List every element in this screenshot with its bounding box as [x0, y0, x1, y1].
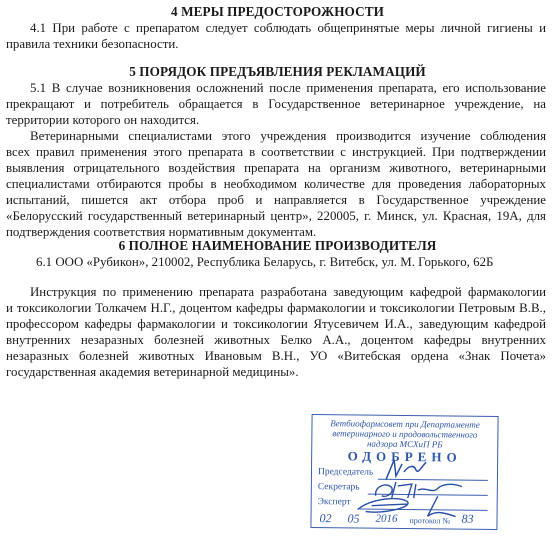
section-4-title: 4 МЕРЫ ПРЕДОСТОРОЖНОСТИ [0, 4, 555, 20]
section-6-title: 6 ПОЛНОЕ НАИМЕНОВАНИЕ ПРОИЗВОДИТЕЛЯ [0, 238, 555, 254]
document-page: 4 МЕРЫ ПРЕДОСТОРОЖНОСТИ 4.1 При работе с… [0, 0, 555, 543]
stamp-date-day: 02 [319, 511, 331, 526]
authors-text-line: внутренних незаразных болезней животных … [6, 332, 546, 348]
approval-stamp: Ветбиофармсовет при Департаменте ветерин… [310, 414, 498, 530]
section-5-text-line: всех правил применения этого препарата в… [6, 144, 546, 160]
section-5-text-line: прекращают и потребитель обращается в Го… [6, 96, 546, 112]
authors-text-line: профессором кафедры фармакологии и токси… [6, 316, 546, 332]
section-5-text-line: испытаний, пишется акт отбора проб и нап… [6, 192, 546, 208]
section-5-text-line: Ветеринарными специалистами этого учрежд… [30, 128, 546, 144]
expert-signature-icon [352, 491, 482, 520]
section-5-text-line: территории которого он находится. [6, 112, 546, 128]
section-5-text-line: «Белорусский государственный ветеринарны… [6, 208, 546, 224]
section-4-text-line: 4.1 При работе с препаратом следует собл… [30, 20, 546, 36]
section-5-text-line: специалистами отбираются пробы в необход… [6, 176, 546, 192]
stamp-chairman-label: Председатель [318, 467, 373, 478]
section-5-text-line: выявления отрицательного воздействия пре… [6, 160, 546, 176]
section-5-title: 5 ПОРЯДОК ПРЕДЪЯВЛЕНИЯ РЕКЛАМАЦИЙ [0, 64, 555, 80]
stamp-expert-label: Эксперт [318, 497, 351, 507]
section-5-text-line: 5.1 В случае возникновения осложнений по… [30, 80, 546, 96]
section-6-text-line: 6.1 ООО «Рубикон», 210002, Республика Бе… [36, 254, 555, 270]
authors-text-line: Инструкция по применению препарата разра… [30, 284, 546, 300]
authors-text-line: незаразных болезней животных Ивановым В.… [6, 348, 546, 364]
section-4-text-line: правила техники безопасности. [6, 36, 546, 52]
authors-text-line: государственная академия ветеринарной ме… [6, 364, 546, 380]
authors-text-line: и токсикологии Толкачем Н.Г., доцентом к… [6, 300, 546, 316]
